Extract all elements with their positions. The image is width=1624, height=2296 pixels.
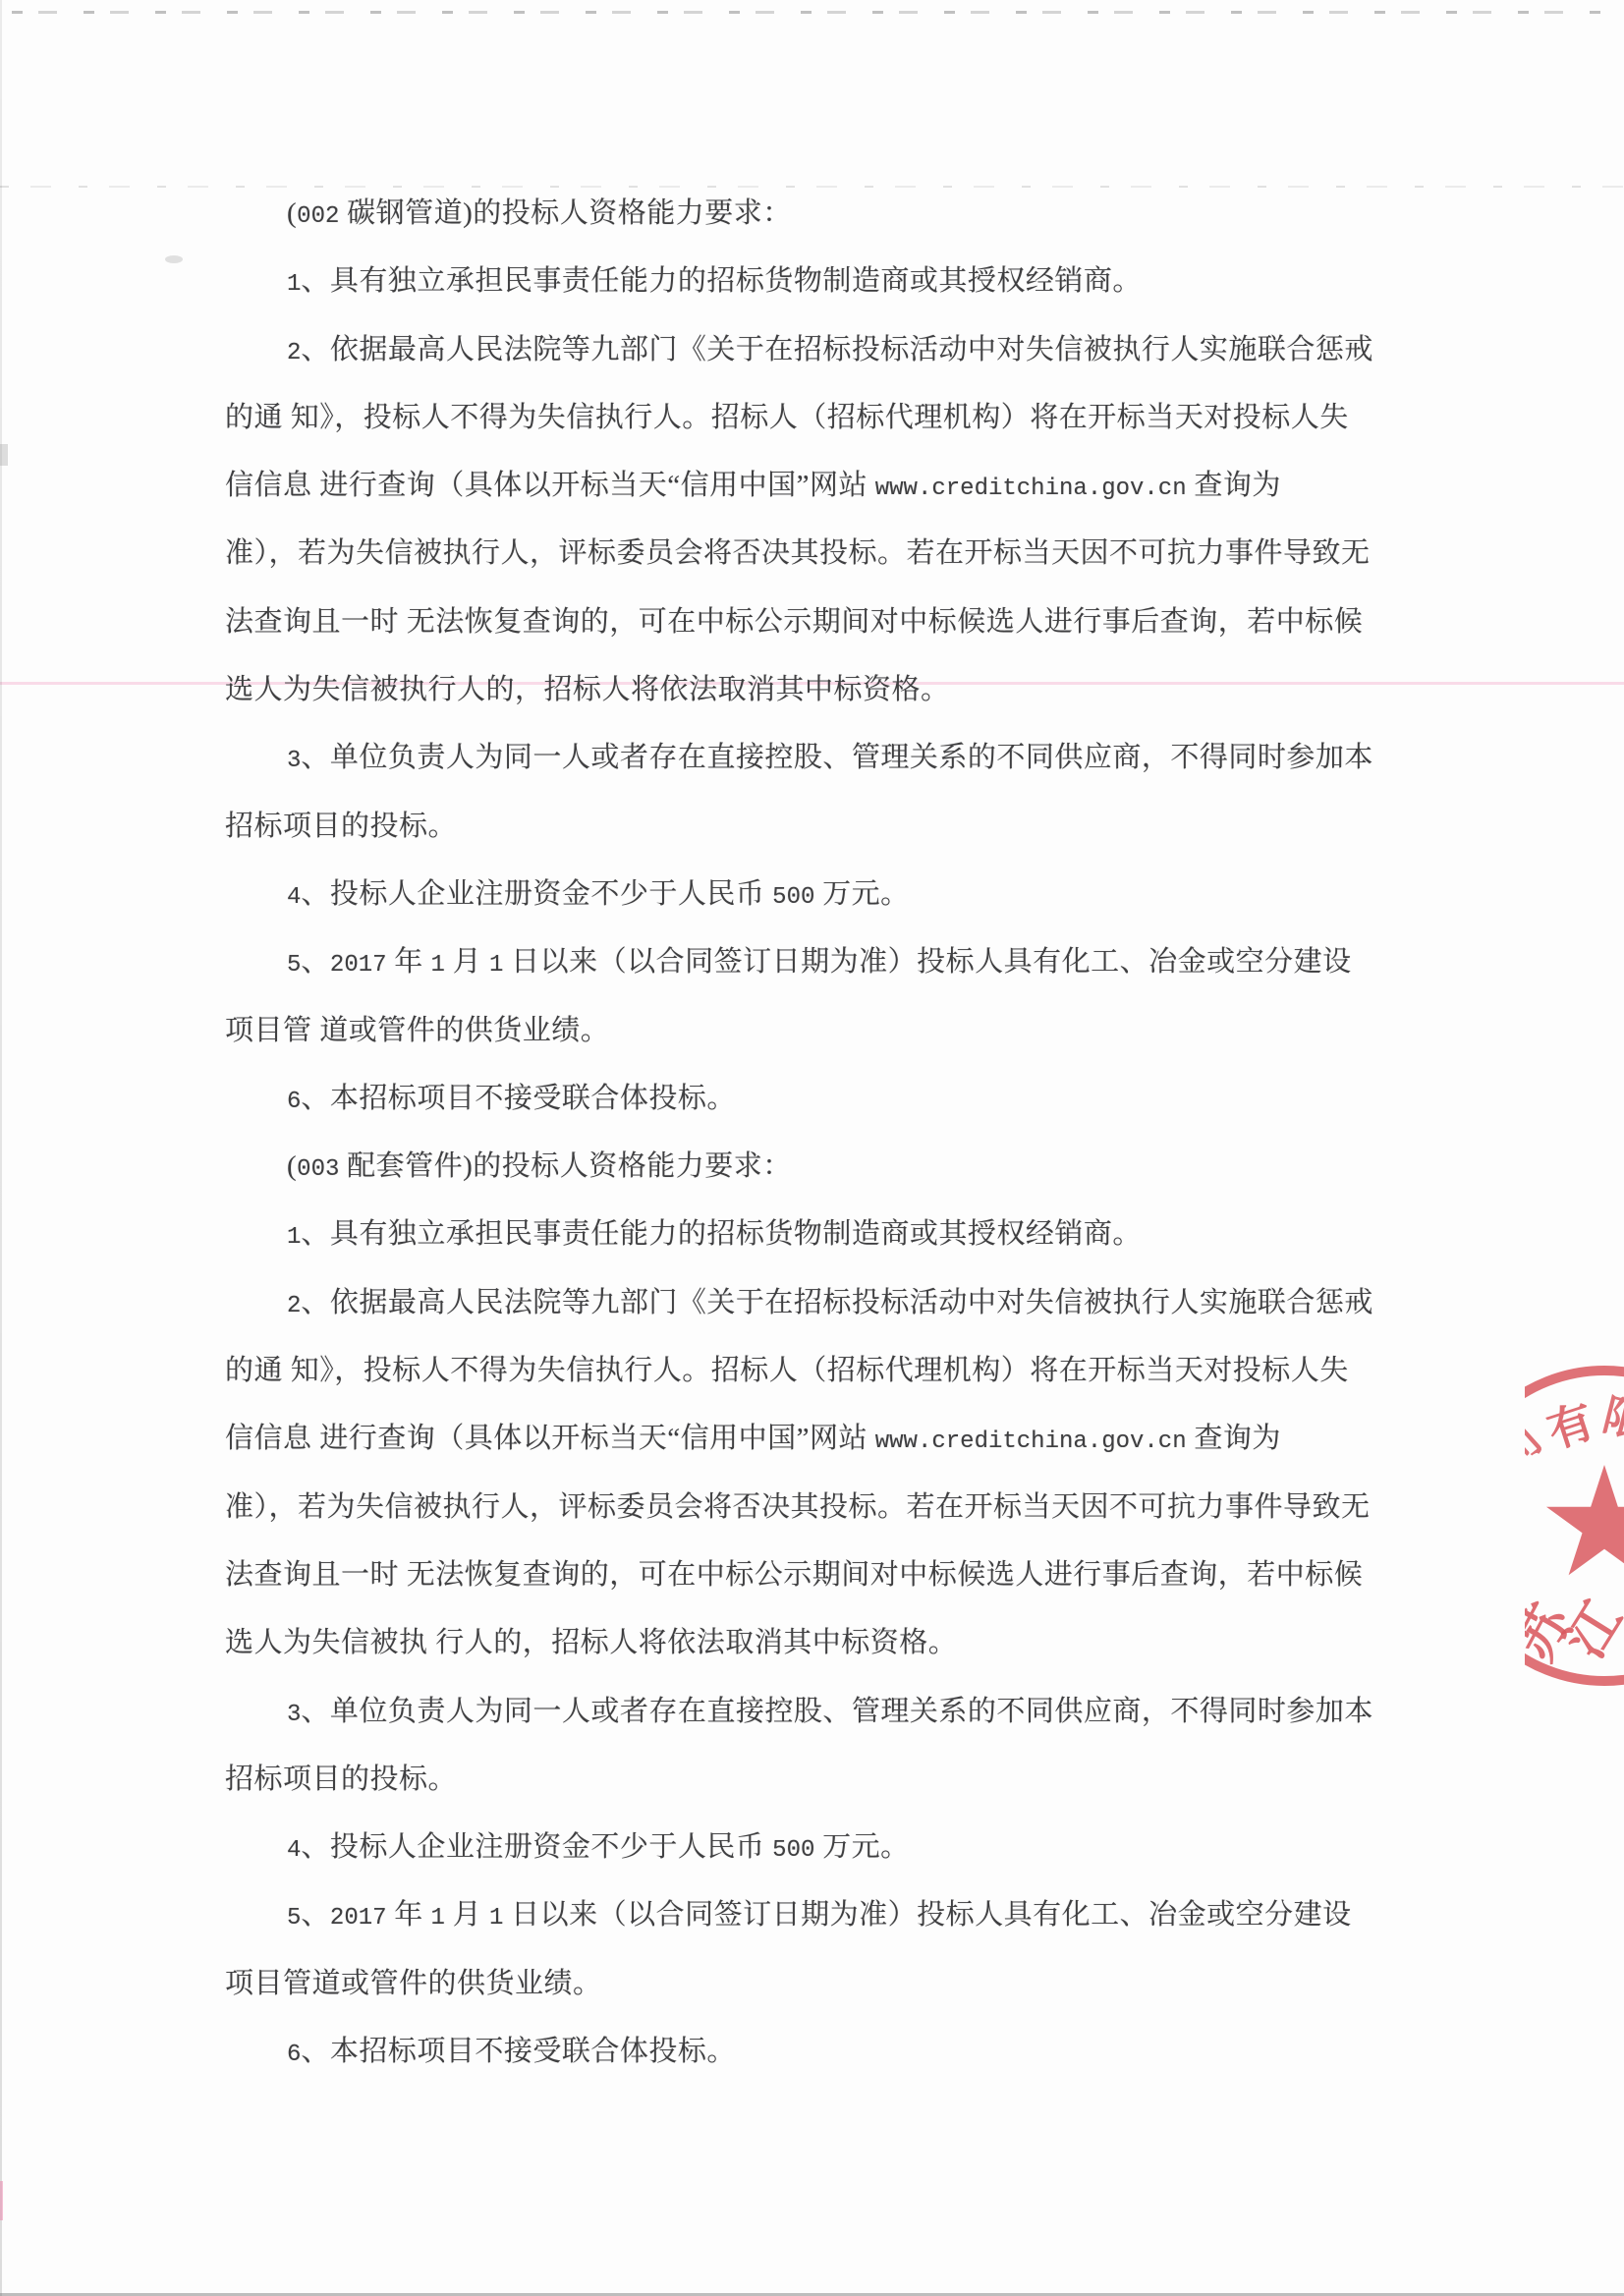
stamp-char-top: 有 <box>1541 1396 1600 1458</box>
document-line: 3、单位负责人为同一人或者存在直接控股、管理关系的不同供应商，不得同时参加本 <box>0 724 1624 792</box>
document-line: 4、投标人企业注册资金不少于人民币 500 万元。 <box>0 861 1624 928</box>
latin-text: 2017 <box>330 952 387 979</box>
stamp-char-bottom-right: 江 <box>1555 1592 1624 1668</box>
latin-text: 1 <box>489 1905 503 1932</box>
document-text: (002 碳钢管道)的投标人资格能力要求：1、具有独立承担民事责任能力的招标货物… <box>0 180 1624 2086</box>
scan-artifact-pink-speck <box>0 2181 3 2220</box>
latin-text: 6 <box>287 1089 301 1115</box>
document-line: 4、投标人企业注册资金不少于人民币 500 万元。 <box>0 1814 1624 1881</box>
latin-text: 2 <box>287 1293 301 1319</box>
official-seal-svg: 有 司 限 苏 江 <box>1525 1361 1624 1700</box>
stamp-char-top-right-partial: 限 <box>1598 1391 1624 1448</box>
document-line: (002 碳钢管道)的投标人资格能力要求： <box>0 180 1624 248</box>
latin-text: 1 <box>287 1224 301 1251</box>
stamp-star-icon <box>1546 1465 1624 1575</box>
document-line: 2、依据最高人民法院等九部门《关于在招标投标活动中对失信被执行人实施联合惩戒 <box>0 1269 1624 1337</box>
document-line: 招标项目的投标。 <box>0 1746 1624 1814</box>
latin-text: 3 <box>287 1702 301 1728</box>
document-line: 法查询且一时 无法恢复查询的，可在中标公示期间对中标候选人进行事后查询，若中标候 <box>0 588 1624 656</box>
latin-text: 6 <box>287 2042 301 2068</box>
document-line: 的通 知》，投标人不得为失信执行人。招标人（招标代理机构）将在开标当天对投标人失 <box>0 384 1624 452</box>
document-line: 1、具有独立承担民事责任能力的招标货物制造商或其授权经销商。 <box>0 1201 1624 1268</box>
latin-text: 1 <box>489 952 503 979</box>
document-line: 3、单位负责人为同一人或者存在直接控股、管理关系的不同供应商，不得同时参加本 <box>0 1678 1624 1746</box>
latin-text: 5 <box>287 1905 301 1932</box>
latin-text: 3 <box>287 748 301 774</box>
document-line: 招标项目的投标。 <box>0 793 1624 861</box>
latin-text: 4 <box>287 884 301 911</box>
latin-text: 500 <box>772 1837 814 1864</box>
document-line: 准），若为失信被执行人，评标委员会将否决其投标。若在开标当天因不可抗力事件导致无 <box>0 1474 1624 1541</box>
latin-text: www.creditchina.gov.cn <box>875 1428 1187 1455</box>
latin-text: 2 <box>287 340 301 366</box>
document-line: 信信息 进行查询（具体以开标当天“信用中国”网站 www.creditchina… <box>0 1405 1624 1473</box>
document-line: 选人为失信被执行人的，招标人将依法取消其中标资格。 <box>0 656 1624 724</box>
document-line: 法查询且一时 无法恢复查询的，可在中标公示期间对中标候选人进行事后查询，若中标候 <box>0 1541 1624 1609</box>
document-line: 5、2017 年 1 月 1 日以来（以合同签订日期为准）投标人具有化工、冶金或… <box>0 1881 1624 1949</box>
document-line: 6、本招标项目不接受联合体投标。 <box>0 1065 1624 1133</box>
latin-text: www.creditchina.gov.cn <box>875 476 1187 502</box>
document-line: 的通 知》，投标人不得为失信执行人。招标人（招标代理机构）将在开标当天对投标人失 <box>0 1337 1624 1405</box>
document-line: 6、本招标项目不接受联合体投标。 <box>0 2018 1624 2086</box>
document-line: 1、具有独立承担民事责任能力的招标货物制造商或其授权经销商。 <box>0 248 1624 315</box>
scanned-document-page: (002 碳钢管道)的投标人资格能力要求：1、具有独立承担民事责任能力的招标货物… <box>0 0 1624 2296</box>
document-line: 2、依据最高人民法院等九部门《关于在招标投标活动中对失信被执行人实施联合惩戒 <box>0 316 1624 384</box>
latin-text: 500 <box>772 884 814 911</box>
document-line: (003 配套管件)的投标人资格能力要求： <box>0 1133 1624 1201</box>
official-seal-stamp: 有 司 限 苏 江 <box>1525 1361 1624 1700</box>
latin-text: 1 <box>431 1905 445 1932</box>
latin-text: 1 <box>287 271 301 298</box>
latin-text: 002 <box>297 203 339 230</box>
document-line: 项目管 道或管件的供货业绩。 <box>0 997 1624 1065</box>
latin-text: 2017 <box>330 1905 387 1932</box>
latin-text: 5 <box>287 952 301 979</box>
latin-text: 4 <box>287 1837 301 1864</box>
latin-text: 1 <box>431 952 445 979</box>
document-line: 选人为失信被执 行人的，招标人将依法取消其中标资格。 <box>0 1609 1624 1677</box>
document-line: 5、2017 年 1 月 1 日以来（以合同签订日期为准）投标人具有化工、冶金或… <box>0 928 1624 996</box>
document-line: 项目管道或管件的供货业绩。 <box>0 1950 1624 2018</box>
scan-artifact-top-dashed-line <box>12 11 1611 14</box>
latin-text: 003 <box>297 1156 339 1183</box>
document-line: 准），若为失信被执行人，评标委员会将否决其投标。若在开标当天因不可抗力事件导致无 <box>0 520 1624 588</box>
document-line: 信信息 进行查询（具体以开标当天“信用中国”网站 www.creditchina… <box>0 452 1624 520</box>
